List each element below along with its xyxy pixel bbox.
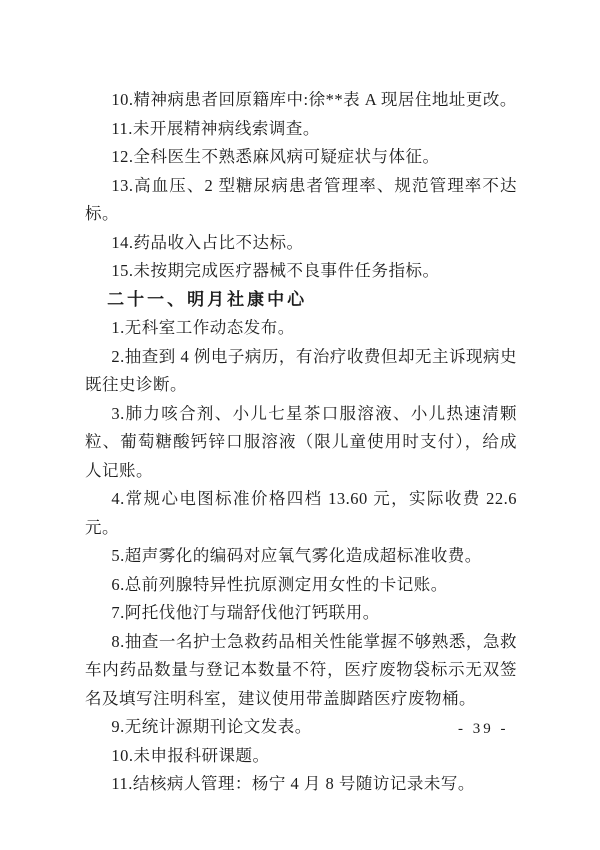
- section-heading: 二十一、明月社康中心: [85, 286, 517, 315]
- list-item-5: 5.超声雾化的编码对应氧气雾化造成超标准收费。: [85, 542, 517, 571]
- page-number: - 39 -: [458, 721, 509, 738]
- list-item-11b: 11.结核病人管理：杨宁 4 月 8 号随访记录未写。: [85, 770, 517, 799]
- document-body: 10.精神病患者回原籍库中:徐**表 A 现居住地址更改。 11.未开展精神病线…: [85, 86, 517, 799]
- list-item-14: 14.药品收入占比不达标。: [85, 229, 517, 258]
- list-item-10b: 10.未申报科研课题。: [85, 742, 517, 771]
- list-item-7: 7.阿托伐他汀与瑞舒伐他汀钙联用。: [85, 599, 517, 628]
- list-item-10: 10.精神病患者回原籍库中:徐**表 A 现居住地址更改。: [85, 86, 517, 115]
- list-item-11: 11.未开展精神病线索调查。: [85, 115, 517, 144]
- list-item-13: 13.高血压、2 型糖尿病患者管理率、规范管理率不达标。: [85, 172, 517, 229]
- list-item-2: 2.抽查到 4 例电子病历，有治疗收费但却无主诉现病史既往史诊断。: [85, 343, 517, 400]
- list-item-4: 4.常规心电图标准价格四档 13.60 元，实际收费 22.6 元。: [85, 485, 517, 542]
- list-item-1: 1.无科室工作动态发布。: [85, 314, 517, 343]
- list-item-12: 12.全科医生不熟悉麻风病可疑症状与体征。: [85, 143, 517, 172]
- list-item-6: 6.总前列腺特异性抗原测定用女性的卡记账。: [85, 571, 517, 600]
- list-item-9: 9.无统计源期刊论文发表。: [85, 713, 517, 742]
- list-item-3: 3.肺力咳合剂、小儿七星茶口服溶液、小儿热速清颗粒、葡萄糖酸钙锌口服溶液（限儿童…: [85, 400, 517, 486]
- list-item-8: 8.抽查一名护士急救药品相关性能掌握不够熟悉，急救车内药品数量与登记本数量不符，…: [85, 628, 517, 714]
- list-item-15: 15.未按期完成医疗器械不良事件任务指标。: [85, 257, 517, 286]
- document-page: 10.精神病患者回原籍库中:徐**表 A 现居住地址更改。 11.未开展精神病线…: [0, 0, 600, 850]
